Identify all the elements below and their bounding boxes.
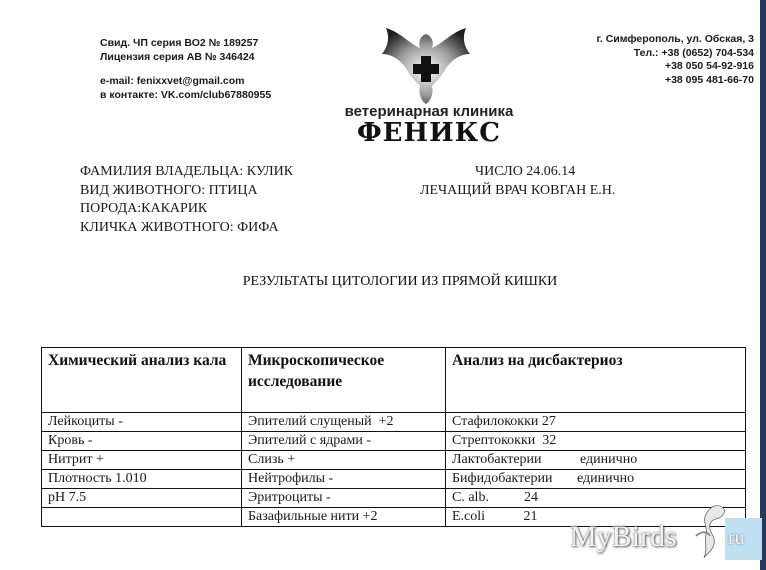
pet-name-field: КЛИЧКА ЖИВОТНОГО: ФИФА [80,219,293,238]
vk-line: в контакте: VK.com/club67880955 [100,89,271,103]
table-cell: Стафилококки 27 [446,413,746,432]
phone-line-3: +38 095 481-66-70 [597,74,754,88]
table-row: Нитрит +Слизь +Лактобактерии единично [42,451,746,470]
address-line: г. Симферополь, ул. Обская, 3 [597,33,754,47]
table-cell: Эпителий слущеный +2 [242,413,446,432]
table-cell: Эритроциты - [242,489,446,508]
table-row: Плотность 1.010Нейтрофилы -Бифидобактери… [42,470,746,489]
clinic-registration-block: Свид. ЧП серия ВО2 № 189257 Лицензия сер… [100,37,271,102]
email-line: e-mail: fenixxvet@gmail.com [100,75,271,89]
table-cell: Нейтрофилы - [242,470,446,489]
phone-line-2: +38 050 54-92-916 [597,60,754,74]
table-cell: Плотность 1.010 [42,470,242,489]
watermark-suffix: ru [728,527,745,550]
header-chemical: Химический анализ кала [42,348,242,413]
table-cell: Лейкоциты - [42,413,242,432]
phone-line-1: Тел.: +38 (0652) 704-534 [597,47,754,61]
table-cell: Стрептококки 32 [446,432,746,451]
license-line: Лицензия серия АВ № 346424 [100,51,271,65]
table-cell [42,508,242,527]
phoenix-cross-icon [376,24,476,106]
owner-field: ФАМИЛИЯ ВЛАДЕЛЬЦА: КУЛИК [80,163,293,182]
report-title: РЕЗУЛЬТАТЫ ЦИТОЛОГИИ ИЗ ПРЯМОЙ КИШКИ [0,274,766,290]
breed-field: ПОРОДА:КАКАРИК [80,200,293,219]
species-field: ВИД ЖИВОТНОГО: ПТИЦА [80,182,293,201]
visit-info: ЧИСЛО 24.06.14 ЛЕЧАЩИЙ ВРАЧ КОВГАН Е.Н. [420,163,615,200]
table-cell: Кровь - [42,432,242,451]
table-row: Лейкоциты -Эпителий слущеный +2Стафилоко… [42,413,746,432]
table-cell: pH 7.5 [42,489,242,508]
header-microscopic: Микроскопическое исследование [242,348,446,413]
date-field: ЧИСЛО 24.06.14 [420,163,615,182]
table-header-row: Химический анализ кала Микроскопическое … [42,348,746,413]
doctor-field: ЛЕЧАЩИЙ ВРАЧ КОВГАН Е.Н. [420,182,615,201]
table-cell: Лактобактерии единично [446,451,746,470]
patient-info: ФАМИЛИЯ ВЛАДЕЛЬЦА: КУЛИК ВИД ЖИВОТНОГО: … [80,163,293,237]
clinic-name: ФЕНИКС [334,118,524,148]
watermark-text: MyBirds [570,520,677,554]
table-cell: Слизь + [242,451,446,470]
header-dysbacteriosis: Анализ на дисбактериоз [446,348,746,413]
results-table: Химический анализ кала Микроскопическое … [41,347,746,527]
table-cell: Базафильные нити +2 [242,508,446,527]
table-row: Кровь -Эпителий с ядрами -Стрептококки 3… [42,432,746,451]
certificate-line: Свид. ЧП серия ВО2 № 189257 [100,37,271,51]
table-cell: Эпителий с ядрами - [242,432,446,451]
table-cell: Нитрит + [42,451,242,470]
table-cell: Бифидобактерии единично [446,470,746,489]
clinic-contacts-block: г. Симферополь, ул. Обская, 3 Тел.: +38 … [597,33,754,87]
table-row: pH 7.5Эритроциты -C. alb. 24 [42,489,746,508]
